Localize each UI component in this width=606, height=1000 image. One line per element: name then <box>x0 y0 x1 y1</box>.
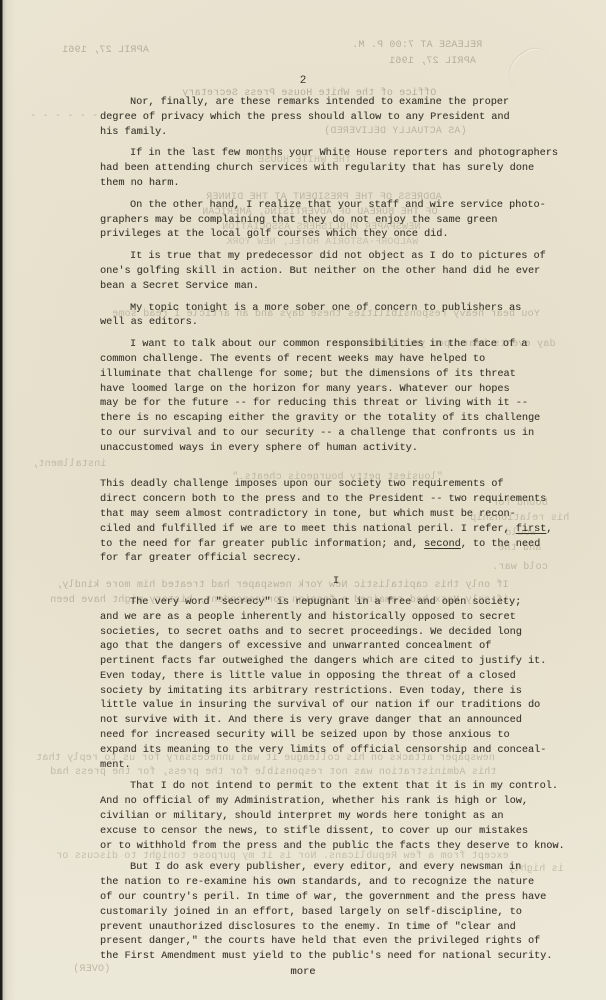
section-heading-roman-numeral: I <box>100 574 572 589</box>
underlined-word-first: first <box>516 524 547 535</box>
paragraph-secrecy: The very word "secrecy" is repugnant in … <box>100 596 572 774</box>
paragraph-predecessor: It is true that my predecessor did not o… <box>100 250 572 294</box>
segment-text: This deadly challenge imposes upon our s… <box>100 479 546 534</box>
paragraph-topic: My topic tonight is a more sober one of … <box>100 302 572 332</box>
bleedthrough-line: APRIL 27, 1961 <box>389 56 476 69</box>
bleedthrough-line: installment, <box>32 459 106 472</box>
paper-crease <box>501 43 561 100</box>
bleedthrough-line: - - - - - - <box>30 111 98 124</box>
paragraph-ask-publishers: But I do ask every publisher, every edit… <box>100 861 572 965</box>
paragraph-church: If in the last few months your White Hou… <box>100 147 572 191</box>
continuation-marker: more <box>0 966 606 979</box>
scan-edge-shadow <box>0 0 16 1000</box>
scanned-document-page: APRIL 27, 1961 RELEASE AT 7:00 P. M. APR… <box>0 0 606 1000</box>
paragraph-privacy: Nor, finally, are these remarks intended… <box>100 96 572 140</box>
paragraph-golf: On the other hand, I realize that your s… <box>100 199 572 243</box>
paragraph-common-challenge: I want to talk about our common responsi… <box>100 338 572 456</box>
bleedthrough-line: RELEASE AT 7:00 P. M. <box>352 40 482 53</box>
paragraph-no-censorship: That I do not intend to permit to the ex… <box>100 780 572 854</box>
underlined-word-second: second <box>424 539 461 550</box>
paragraph-two-requirements: This deadly challenge imposes upon our s… <box>100 464 572 568</box>
page-number: 2 <box>0 74 606 88</box>
bleedthrough-line: APRIL 27, 1961 <box>62 45 149 58</box>
speech-body: Nor, finally, are these remarks intended… <box>100 96 572 972</box>
